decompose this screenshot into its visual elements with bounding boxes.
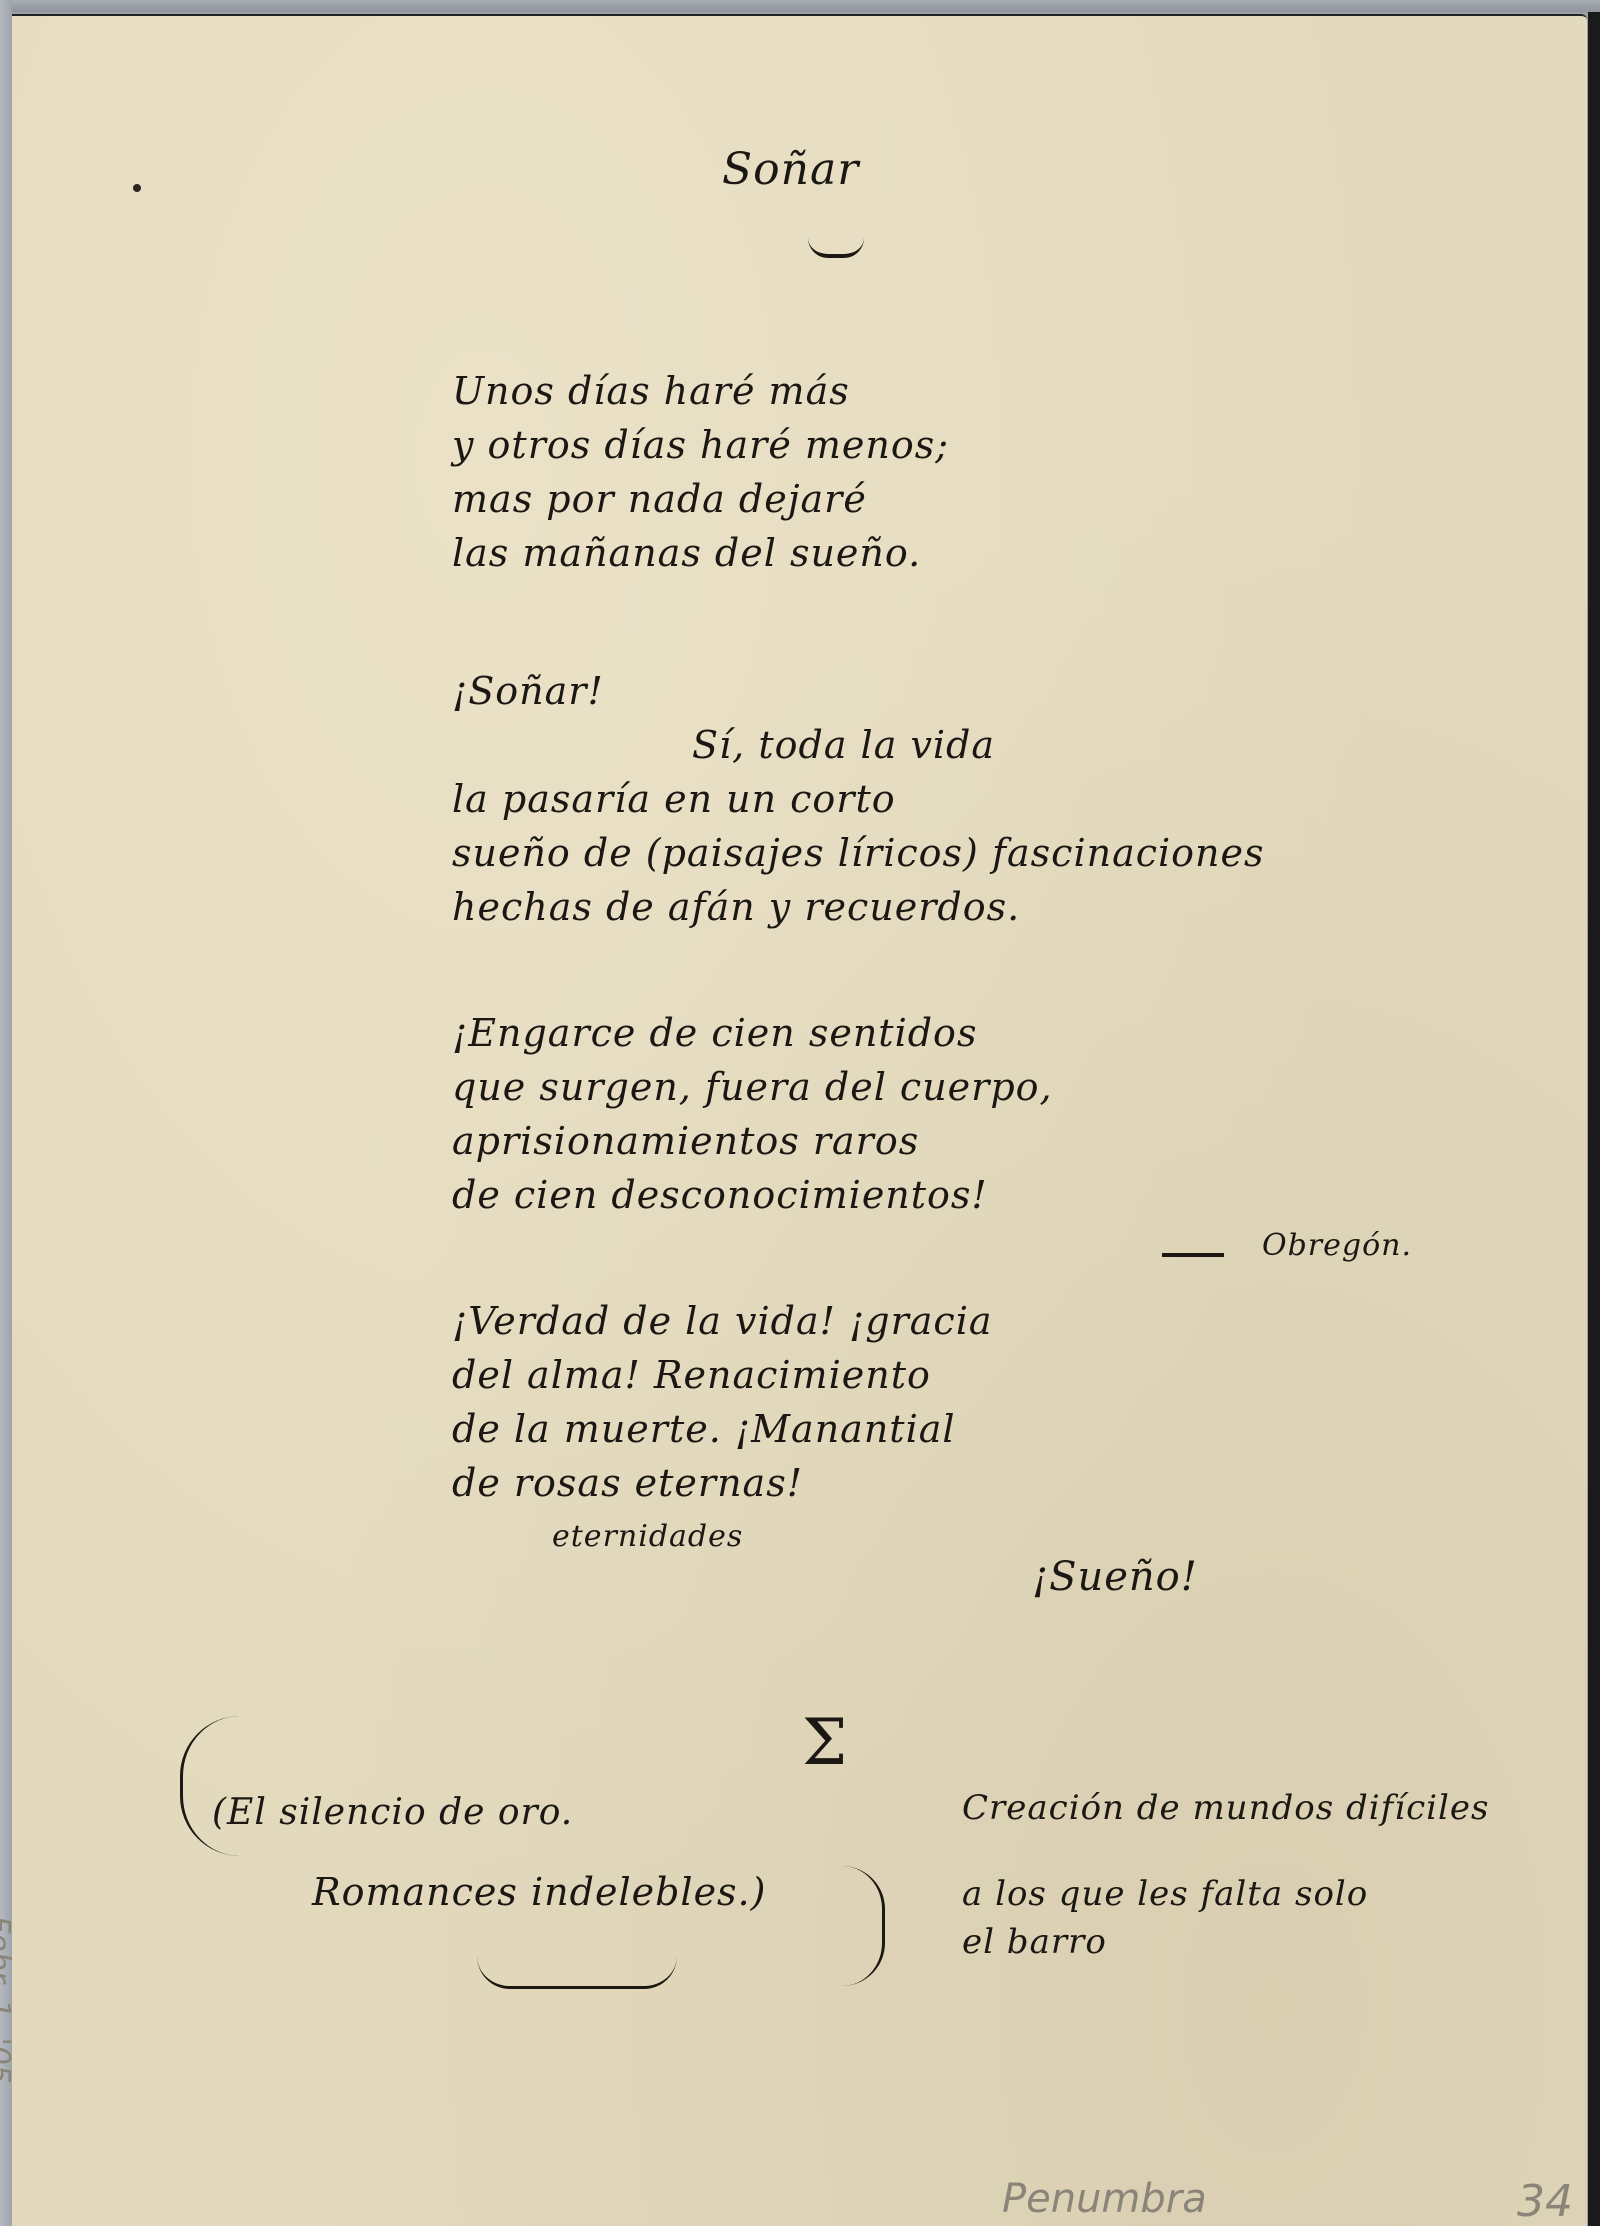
scan-frame-left (0, 0, 12, 2226)
stanza-line: y otros días haré menos; (452, 418, 949, 472)
side-note-line-1: Creación de mundos difíciles (962, 1788, 1489, 1828)
stanza-line: de rosas eternas! (452, 1456, 993, 1510)
manuscript-page: Soñar Unos días haré más y otros días ha… (12, 14, 1587, 2226)
poem-title: Soñar (722, 144, 859, 195)
stanza-line: de la muerte. ¡Manantial (452, 1402, 993, 1456)
stanza-3: ¡Engarce de cien sentidos que surgen, fu… (452, 1006, 1053, 1222)
stanza-2: ¡Soñar! Sí, toda la vida la pasaría en u… (452, 664, 1265, 934)
scan-frame-right (1588, 12, 1600, 2226)
stanza-line: Unos días haré más (452, 364, 949, 418)
closing-exclamation: ¡Sueño! (1032, 1554, 1198, 1600)
stanza-line: la pasaría en un corto (452, 772, 1265, 826)
bracketed-note-line-1: (El silencio de oro. (212, 1792, 573, 1833)
pencil-label: Penumbra (1002, 2176, 1207, 2222)
stanza-line: de cien desconocimientos! (452, 1168, 1053, 1222)
right-bracket-mark (842, 1866, 885, 1986)
signature-dash (1162, 1253, 1224, 1257)
title-underline-flourish (808, 238, 864, 258)
left-bracket-mark (180, 1716, 243, 1856)
curved-underline-mark (477, 1956, 677, 1989)
stanza-1: Unos días haré más y otros días haré men… (452, 364, 949, 580)
stanza-line: mas por nada dejaré (452, 472, 949, 526)
page-number: 34 (1517, 2176, 1573, 2226)
bracketed-note-line-2: Romances indelebles.) (312, 1870, 766, 1914)
side-note-line-2: a los que les falta solo (962, 1874, 1368, 1914)
margin-date-annotation: Febr. 1. '05 (0, 1916, 16, 2084)
sigma-symbol: Σ (802, 1706, 848, 1780)
ink-speck (133, 184, 141, 192)
stanza-line: ¡Verdad de la vida! ¡gracia (452, 1294, 993, 1348)
stanza-line: las mañanas del sueño. (452, 526, 949, 580)
stanza-line: del alma! Renacimiento (452, 1348, 993, 1402)
stanza-line: sueño de (paisajes líricos) fascinacione… (452, 826, 1265, 880)
stanza-line-correction: eternidades (452, 1510, 993, 1564)
side-note-line-3: el barro (962, 1922, 1107, 1962)
stanza-line: Sí, toda la vida (452, 718, 1265, 772)
stanza-line: aprisionamientos raros (452, 1114, 1053, 1168)
scan-frame-top (0, 0, 1600, 12)
stanza-line: ¡Soñar! (452, 664, 1265, 718)
stanza-line: hechas de afán y recuerdos. (452, 880, 1265, 934)
signature: Obregón. (1262, 1228, 1412, 1263)
stanza-4: ¡Verdad de la vida! ¡gracia del alma! Re… (452, 1294, 993, 1564)
stanza-line: que surgen, fuera del cuerpo, (452, 1060, 1053, 1114)
stanza-line: ¡Engarce de cien sentidos (452, 1006, 1053, 1060)
